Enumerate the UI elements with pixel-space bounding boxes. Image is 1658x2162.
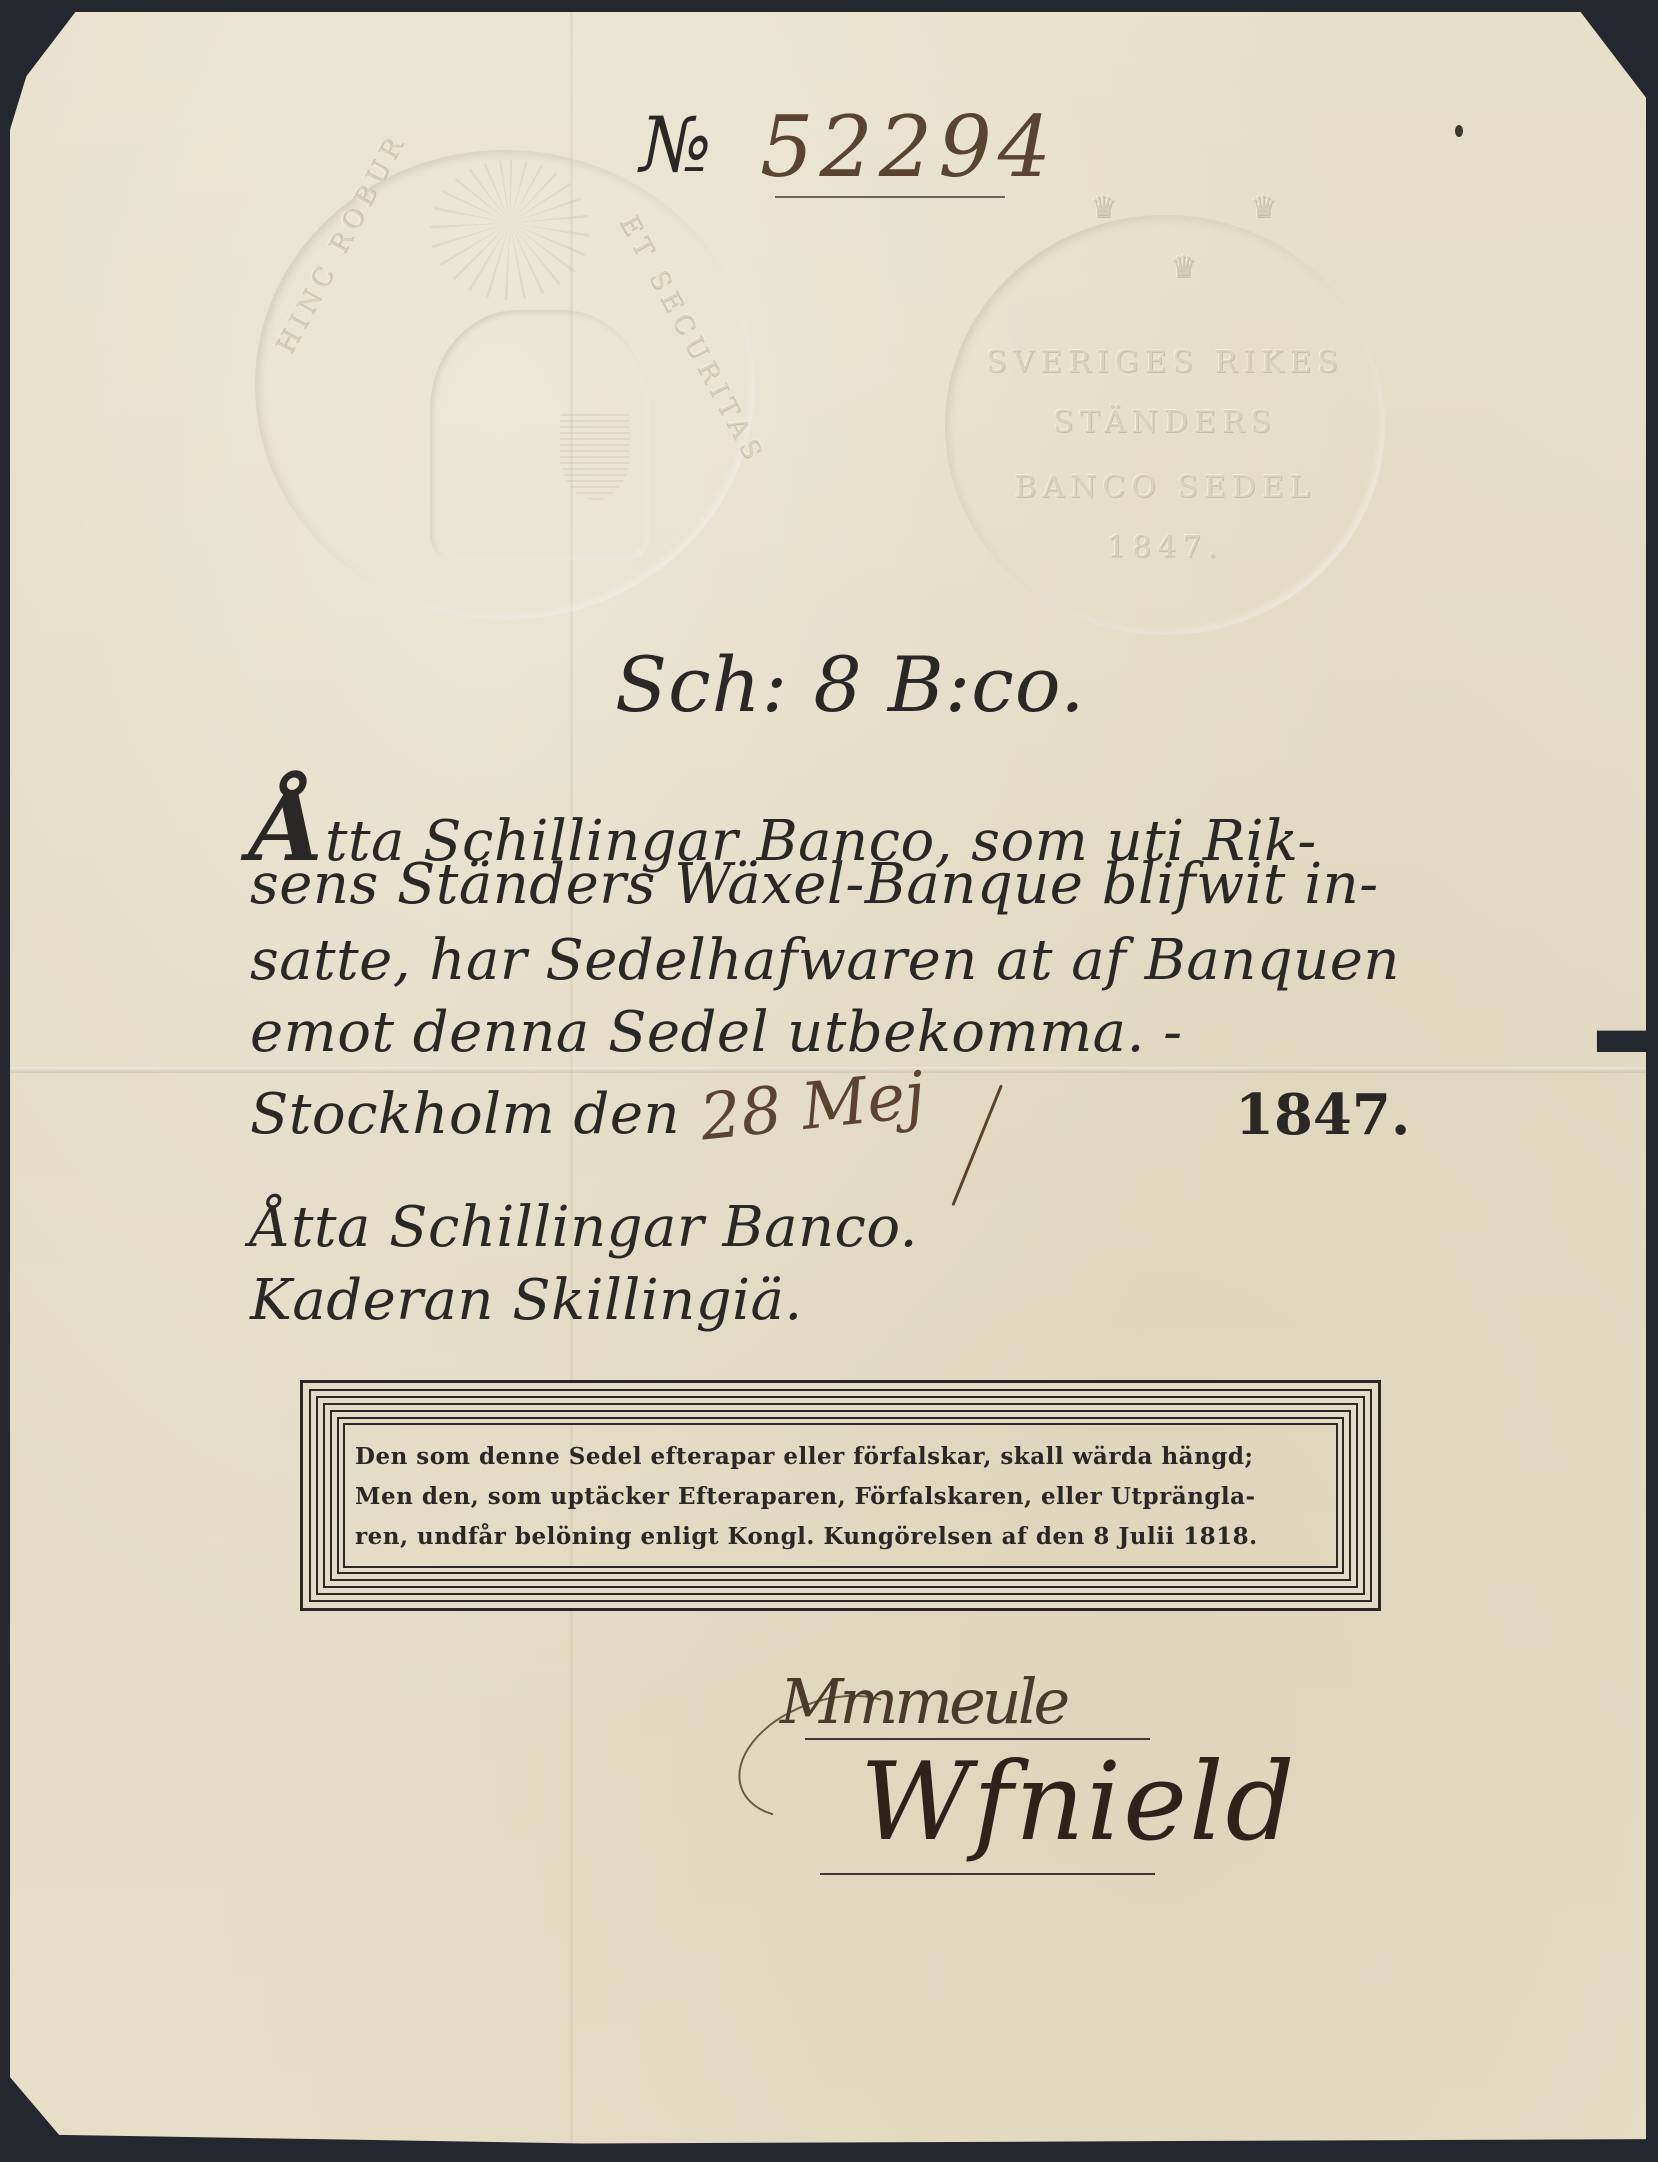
seal-text-line: BANCO SEDEL — [945, 470, 1385, 505]
body-line-4: emot denna Sedel utbekomma. - — [250, 1000, 1183, 1065]
serial-number: 52294 — [760, 98, 1057, 196]
crown-icon: ♛ — [1090, 190, 1117, 225]
place-line: Stockholm den — [250, 1082, 680, 1147]
seal-text-line: STÄNDERS — [945, 405, 1385, 440]
warning-line: ren, undfår belöning enligt Kongl. Kungö… — [355, 1517, 1326, 1557]
star-rays-icon — [430, 160, 590, 300]
issue-year: 1847. — [1235, 1082, 1410, 1148]
denomination-heading: Sch: 8 B:co. — [615, 640, 1085, 729]
counterfeit-warning-box: Den som denne Sedel efterapar eller förf… — [300, 1380, 1381, 1611]
warning-line: Men den, som uptäcker Efteraparen, Förfa… — [355, 1477, 1326, 1517]
serial-underline — [775, 196, 1005, 198]
signature-1: Mmmeule — [780, 1665, 1066, 1738]
value-swedish: Åtta Schillingar Banco. — [250, 1195, 918, 1260]
serial-prefix: № — [640, 100, 712, 189]
seal-text-line: 1847. — [945, 530, 1385, 565]
seal-text-line: SVERIGES RIKES — [945, 345, 1385, 380]
crown-icon: ♛ — [1170, 250, 1197, 285]
ink-speck — [1455, 125, 1463, 137]
signature-line-2 — [820, 1873, 1155, 1875]
signature-2: Wfnield — [860, 1740, 1297, 1865]
value-finnish: Kaderan Skillingiä. — [250, 1268, 803, 1333]
body-line-3: satte, har Sedelhafwaren at af Banquen — [250, 928, 1400, 993]
crown-icon: ♛ — [1250, 190, 1277, 225]
body-line-2: sens Ständers Wäxel-Banque blifwit in- — [250, 852, 1379, 917]
warning-line: Den som denne Sedel efterapar eller förf… — [355, 1437, 1326, 1477]
warning-text: Den som denne Sedel efterapar eller förf… — [355, 1435, 1326, 1558]
shield-icon — [560, 410, 630, 500]
